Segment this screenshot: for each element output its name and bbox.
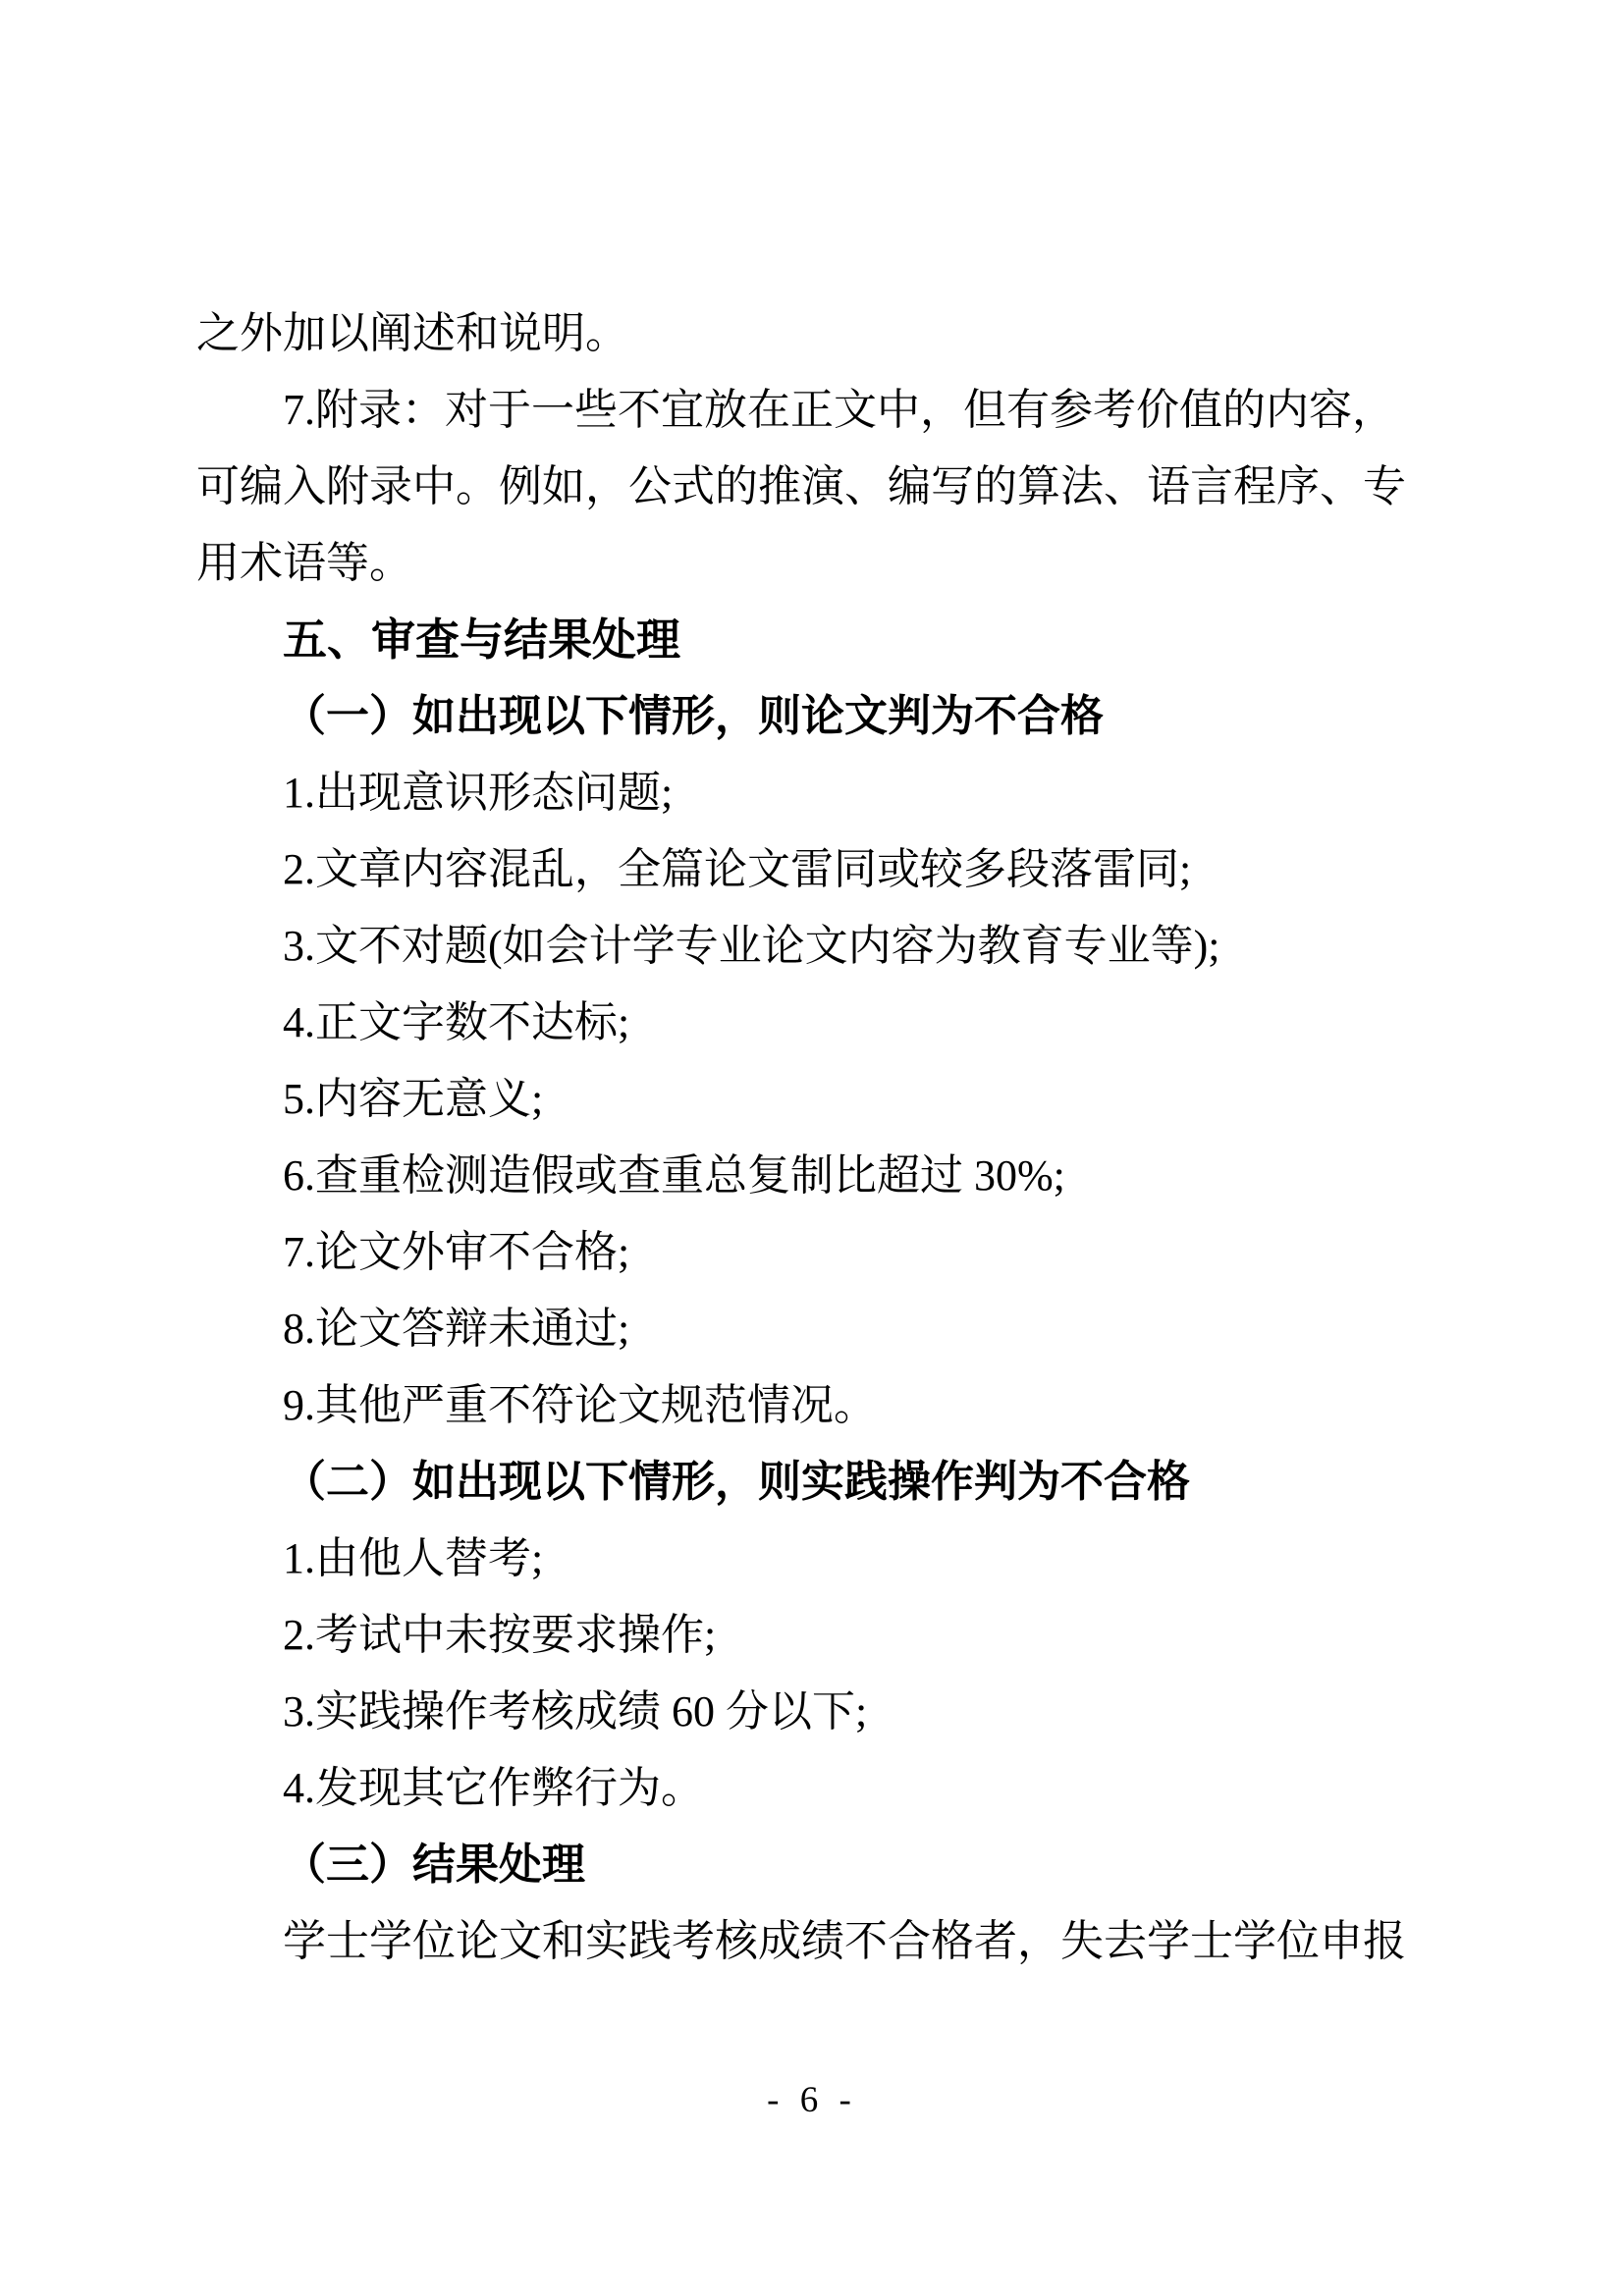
document-body: 之外加以阐述和说明。7.附录：对于一些不宜放在正文中，但有参考价值的内容，可编入… [196,295,1414,1980]
list-item: 7.论文外审不合格; [196,1214,1414,1291]
subsection-heading: （一）如出现以下情形，则论文判为不合格 [196,678,1414,755]
subsection-heading: （三）结果处理 [196,1827,1414,1903]
list-item: 6.查重检测造假或查重总复制比超过 30%; [196,1138,1414,1214]
page: 之外加以阐述和说明。7.附录：对于一些不宜放在正文中，但有参考价值的内容，可编入… [0,0,1624,2296]
list-item: 5.内容无意义; [196,1061,1414,1138]
paragraph-line: 学士学位论文和实践考核成绩不合格者，失去学士学位申报 [196,1903,1414,1980]
page-number: - 6 - [0,2079,1624,2122]
document-page: { "page": { "number_label": "- 6 -" }, "… [0,0,1624,2296]
paragraph-line: 7.附录：对于一些不宜放在正文中，但有参考价值的内容， [196,372,1414,449]
list-item: 3.文不对题(如会计学专业论文内容为教育专业等); [196,908,1414,985]
paragraph-line: 之外加以阐述和说明。 [196,295,1414,372]
list-item: 3.实践操作考核成绩 60 分以下; [196,1674,1414,1750]
paragraph-line: 可编入附录中。例如，公式的推演、编写的算法、语言程序、专 [196,449,1414,525]
subsection-heading: （二）如出现以下情形，则实践操作判为不合格 [196,1444,1414,1521]
list-item: 4.发现其它作弊行为。 [196,1750,1414,1827]
list-item: 2.文章内容混乱，全篇论文雷同或较多段落雷同; [196,831,1414,908]
list-item: 2.考试中未按要求操作; [196,1597,1414,1674]
paragraph-line: 用术语等。 [196,525,1414,602]
section-heading: 五、审查与结果处理 [196,602,1414,678]
list-item: 8.论文答辩未通过; [196,1291,1414,1367]
list-item: 1.由他人替考; [196,1521,1414,1597]
list-item: 1.出现意识形态问题; [196,755,1414,831]
list-item: 9.其他严重不符论文规范情况。 [196,1367,1414,1444]
list-item: 4.正文字数不达标; [196,985,1414,1061]
